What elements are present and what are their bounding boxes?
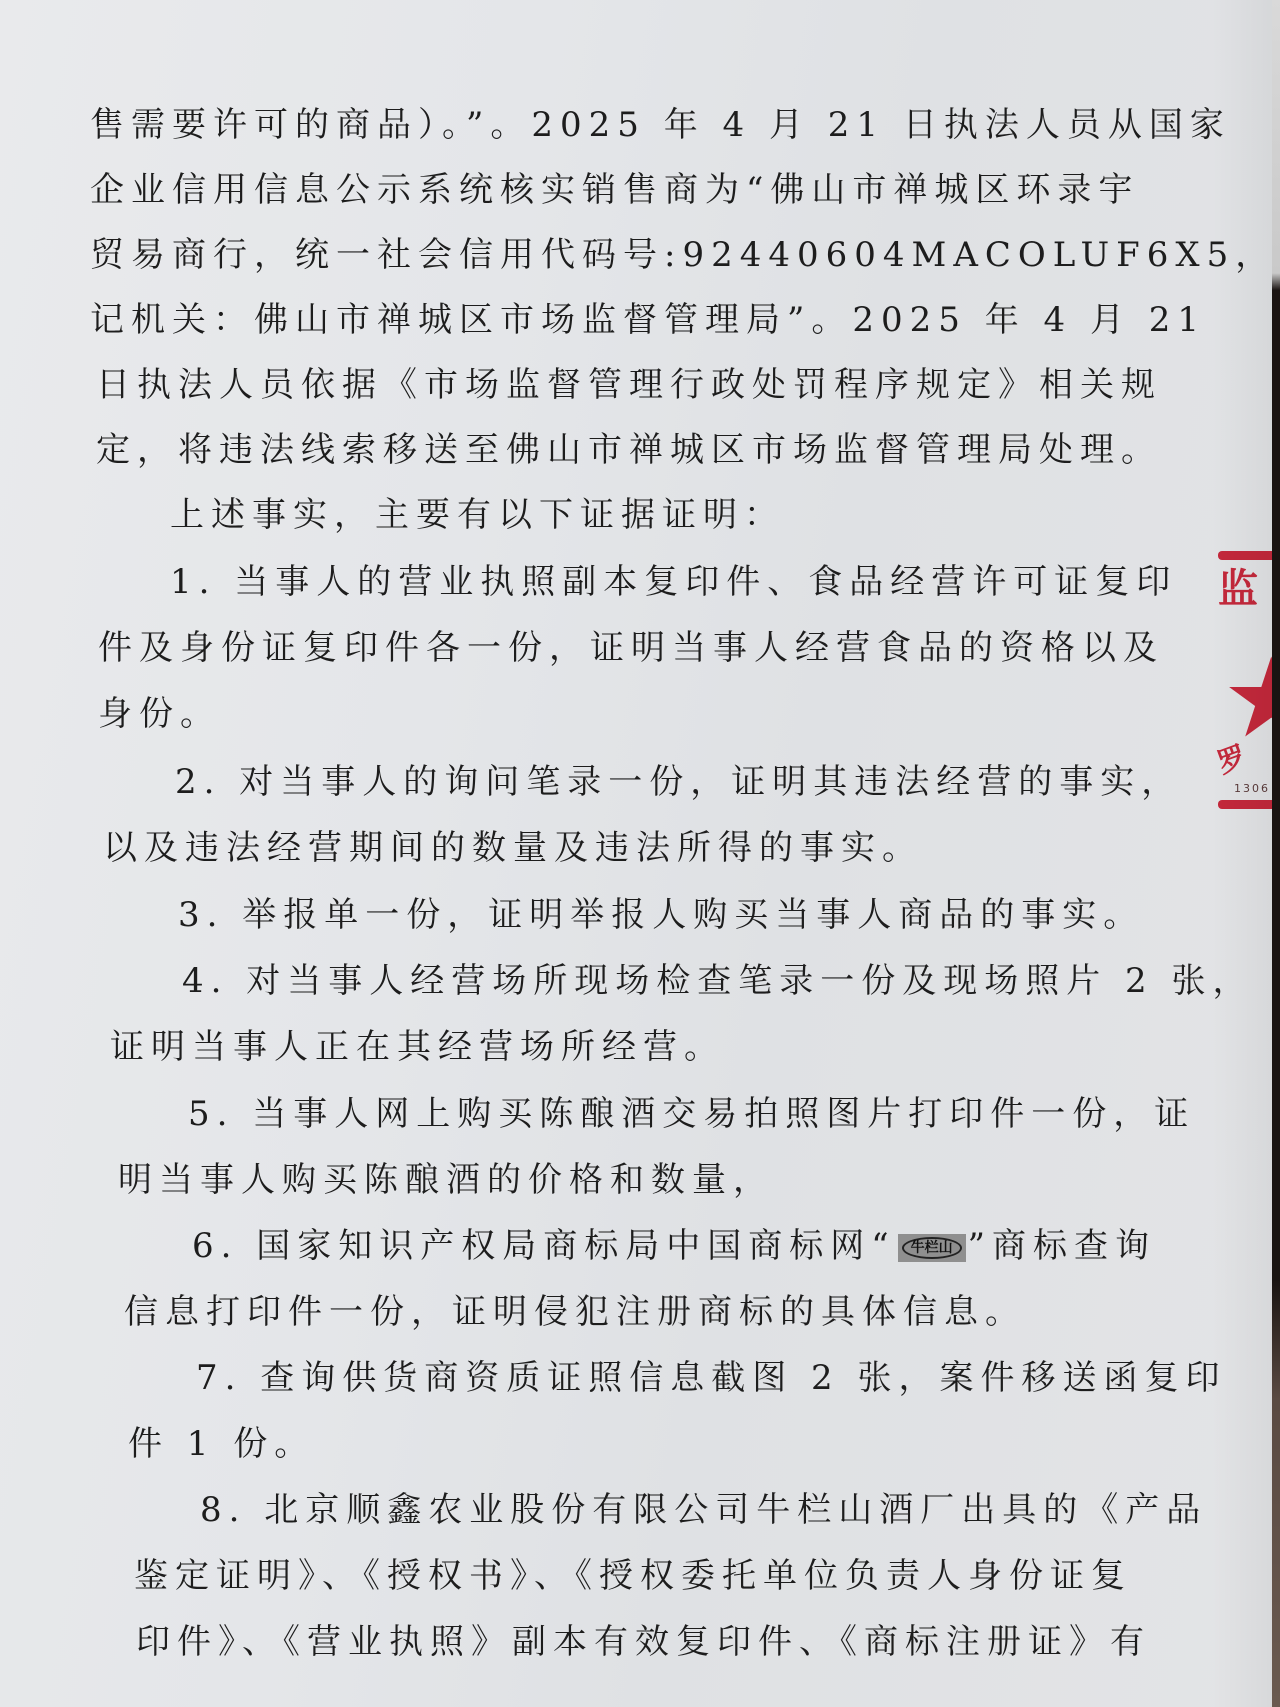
evidence-item-4: 4. 对当事人经营场所现场检查笔录一份及现场照片 2 张，: [182, 959, 1254, 1003]
evidence-item-7: 7. 查询供货商资质证照信息截图 2 张，案件移送函复印: [196, 1356, 1227, 1400]
evidence-item-6: 6. 国家知识产权局商标局中国商标网“牛栏山”商标查询: [192, 1224, 1156, 1268]
text-line: 件及身份证复印件各一份，证明当事人经营食品的资格以及: [98, 626, 1164, 670]
text-line: 件 1 份。: [128, 1422, 315, 1466]
text-line: 鉴定证明》、《授权书》、《授权委托单位负责人身份证复: [134, 1554, 1132, 1598]
evidence-item-8: 8. 北京顺鑫农业股份有限公司牛栏山酒厂出具的《产品: [200, 1488, 1207, 1532]
text-line: 日执法人员依据《市场监督管理行政处罚程序规定》相关规: [96, 363, 1162, 407]
evidence-item-1: 1. 当事人的营业执照副本复印件、食品经营许可证复印: [170, 560, 1177, 604]
stamp-number: 1306: [1234, 782, 1270, 795]
text-line: 信息打印件一份，证明侵犯注册商标的具体信息。: [124, 1290, 1026, 1334]
text-line: 企业信用信息公示系统核实销售商为“佛山市禅城区环录宇: [90, 168, 1139, 212]
text-line: 贸易商行，统一社会信用代码号:92440604MACOLUF6X5，登: [90, 233, 1280, 277]
trademark-logo-image: 牛栏山: [898, 1234, 966, 1262]
document-page: 售需要许可的商品）。”。2025 年 4 月 21 日执法人员从国家 企业信用信…: [0, 0, 1272, 1707]
text-line: 售需要许可的商品）。”。2025 年 4 月 21 日执法人员从国家: [90, 103, 1231, 147]
evidence-item-5: 5. 当事人网上购买陈酿酒交易拍照图片打印件一份，证: [188, 1092, 1195, 1136]
page-edge-background: [1272, 0, 1280, 1707]
text-line: 定，将违法线索移送至佛山市禅城区市场监督管理局处理。: [96, 428, 1162, 472]
stamp-character: 监: [1218, 567, 1258, 611]
text-line: 印件》、《营业执照》副本有效复印件、《商标注册证》有: [136, 1620, 1151, 1664]
text-line: 证明当事人正在其经营场所经营。: [110, 1025, 725, 1069]
trademark-glyph: 牛栏山: [902, 1237, 962, 1259]
official-seal-stamp: 监 ★ 罗 1306: [1214, 545, 1280, 815]
text-line: 身份。: [98, 692, 221, 736]
text-segment: 6. 国家知识产权局商标局中国商标网“: [192, 1226, 896, 1266]
evidence-item-2: 2. 对当事人的询问笔录一份，证明其违法经营的事实，: [175, 760, 1182, 804]
section-intro: 上述事实，主要有以下证据证明：: [170, 493, 785, 537]
stamp-border-bottom: [1218, 800, 1278, 809]
stamp-border-top: [1218, 551, 1278, 560]
evidence-item-3: 3. 举报单一份，证明举报人购买当事人商品的事实。: [178, 893, 1144, 937]
text-line: 明当事人购买陈酿酒的价格和数量，: [118, 1158, 774, 1202]
stamp-character: 罗: [1214, 741, 1251, 779]
text-segment: ”商标查询: [968, 1226, 1156, 1266]
text-line: 记机关：佛山市禅城区市场监督管理局”。2025 年 4 月 21: [90, 298, 1206, 342]
text-line: 以及违法经营期间的数量及违法所得的事实。: [103, 826, 923, 870]
